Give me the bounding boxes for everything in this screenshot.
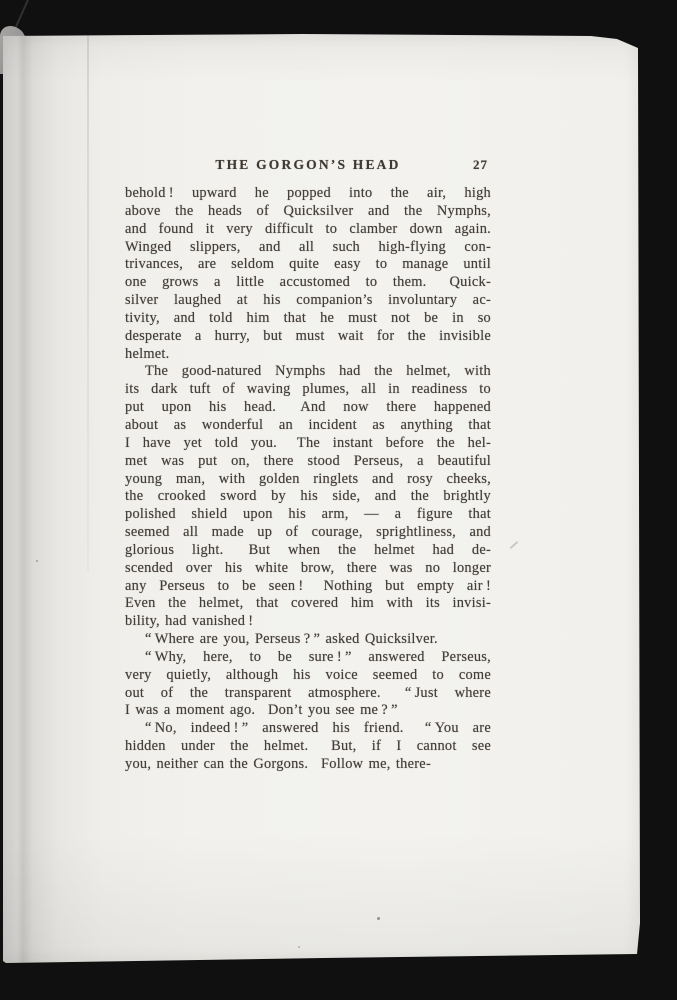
paragraph: behold ! upward he popped into the air, … <box>125 185 491 363</box>
text-line: “ Why, here, to be sure ! ” answered Per… <box>125 649 491 667</box>
scan-scratch <box>510 541 519 549</box>
page-crease <box>87 33 89 572</box>
page-body: behold ! upward he popped into the air, … <box>125 185 491 774</box>
running-head: THE GORGON’S HEAD 27 <box>125 157 491 177</box>
page-number: 27 <box>473 157 488 173</box>
page-content: THE GORGON’S HEAD 27 behold ! upward he … <box>125 157 491 774</box>
text-line: behold ! upward he popped into the air, … <box>125 185 491 203</box>
text-line: put upon his head. And now there happene… <box>125 399 491 417</box>
text-line: I was a moment ago. Don’t you see me ? ” <box>125 702 491 720</box>
scan-speck <box>36 560 38 562</box>
text-line: hidden under the helmet. But, if I canno… <box>125 738 491 756</box>
text-line: met was put on, there stood Perseus, a b… <box>125 453 491 471</box>
text-line: desperate a hurry, but must wait for the… <box>125 328 491 346</box>
book-scan: THE GORGON’S HEAD 27 behold ! upward he … <box>0 0 677 1000</box>
text-line: tivity, and told him that he must not be… <box>125 310 491 328</box>
text-line: seemed all made up of courage, sprightli… <box>125 524 491 542</box>
text-line: its dark tuft of waving plumes, all in r… <box>125 381 491 399</box>
paragraph: The good-natured Nymphs had the helmet, … <box>125 363 491 631</box>
text-line: trivances, are seldom quite easy to mana… <box>125 256 491 274</box>
text-line: above the heads of Quicksilver and the N… <box>125 203 491 221</box>
paragraph: “ Where are you, Perseus ? ” asked Quick… <box>125 631 491 649</box>
text-line: any Perseus to be seen ! Nothing but emp… <box>125 578 491 596</box>
text-line: “ Where are you, Perseus ? ” asked Quick… <box>125 631 491 649</box>
scan-speck <box>298 946 300 948</box>
text-line: silver laughed at his companion’s involu… <box>125 292 491 310</box>
text-line: out of the transparent atmosphere. “ Jus… <box>125 685 491 703</box>
text-line: one grows a little accustomed to them. Q… <box>125 274 491 292</box>
text-line: and found it very difficult to clamber d… <box>125 221 491 239</box>
text-line: young man, with golden ringlets and rosy… <box>125 471 491 489</box>
text-line: The good-natured Nymphs had the helmet, … <box>125 363 491 381</box>
text-line: “ No, indeed ! ” answered his friend. “ … <box>125 720 491 738</box>
paragraph: “ No, indeed ! ” answered his friend. “ … <box>125 720 491 774</box>
text-line: about as wonderful an incident as anythi… <box>125 417 491 435</box>
text-line: polished shield upon his arm, — a figure… <box>125 506 491 524</box>
book-page: THE GORGON’S HEAD 27 behold ! upward he … <box>3 33 640 963</box>
text-line: helmet. <box>125 346 491 364</box>
paragraph: “ Why, here, to be sure ! ” answered Per… <box>125 649 491 720</box>
text-line: bility, had vanished ! <box>125 613 491 631</box>
text-line: the crooked sword by his side, and the b… <box>125 488 491 506</box>
text-line: very quietly, although his voice seemed … <box>125 667 491 685</box>
text-line: scended over his white brow, there was n… <box>125 560 491 578</box>
text-line: Even the helmet, that covered him with i… <box>125 595 491 613</box>
text-line: I have yet told you. The instant before … <box>125 435 491 453</box>
scan-speck <box>377 917 380 920</box>
text-line: you, neither can the Gorgons. Follow me,… <box>125 756 491 774</box>
chapter-title: THE GORGON’S HEAD <box>125 157 491 173</box>
text-line: Winged slippers, and all such high-flyin… <box>125 239 491 257</box>
text-line: glorious light. But when the helmet had … <box>125 542 491 560</box>
